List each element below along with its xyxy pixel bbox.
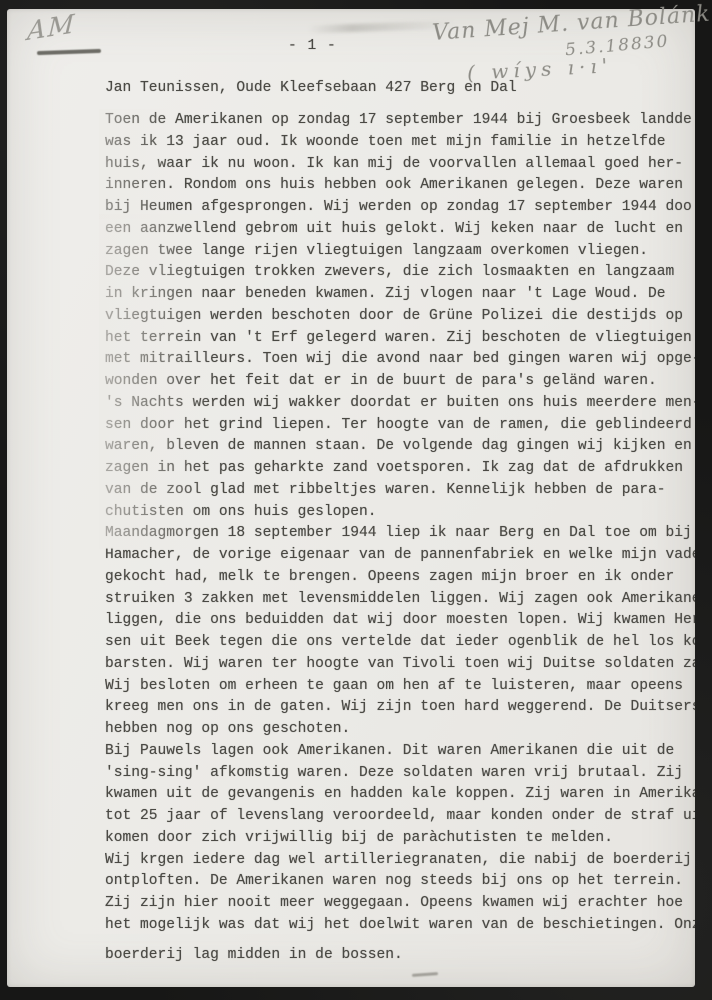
text-line: vliegtuigen werden beschoten door de Grü… xyxy=(105,306,695,328)
text-line: kreeg men ons in de gaten. Wij zijn toen… xyxy=(105,697,695,719)
text-line: het terrein van 't Erf gelegerd waren. Z… xyxy=(105,328,695,350)
text-line: een aanzwellend gebrom uit huis gelokt. … xyxy=(105,219,695,241)
text-line: Maandagmorgen 18 september 1944 liep ik … xyxy=(105,523,695,545)
text-line: wonden over het feit dat er in de buurt … xyxy=(105,371,695,393)
text-line: met mitrailleurs. Toen wij die avond naa… xyxy=(105,349,695,371)
text-line: barsten. Wij waren ter hoogte van Tivoli… xyxy=(105,654,695,676)
text-line: Toen de Amerikanen op zondag 17 septembe… xyxy=(105,110,695,132)
text-line: hebben nog op ons geschoten. xyxy=(105,719,695,741)
text-line: huis, waar ik nu woon. Ik kan mij de voo… xyxy=(105,154,695,176)
text-line: was ik 13 jaar oud. Ik woonde toen met m… xyxy=(105,132,695,154)
text-line: struiken 3 zakken met levensmiddelen lig… xyxy=(105,589,695,611)
body-text: Toen de Amerikanen op zondag 17 septembe… xyxy=(105,110,695,987)
text-line: Wij krgen iedere dag wel artilleriegrana… xyxy=(105,850,695,872)
text-line: Deze vliegtuigen trokken zwevers, die zi… xyxy=(105,262,695,284)
text-line: ontploften. De Amerikanen waren nog stee… xyxy=(105,871,695,893)
text-line: tot 25 jaar of levenslang veroordeeld, m… xyxy=(105,806,695,828)
text-line: 'sing-sing' afkomstig waren. Deze soldat… xyxy=(105,763,695,785)
text-line: waren, bleven de mannen staan. De volgen… xyxy=(105,436,695,458)
text-line: sen door het grind liepen. Ter hoogte va… xyxy=(105,415,695,437)
text-line: chutisten om ons huis geslopen. xyxy=(105,502,695,524)
text-line: sen uit Beek tegen die ons vertelde dat … xyxy=(105,632,695,654)
text-line: 's Nachts werden wij wakker doordat er b… xyxy=(105,393,695,415)
pencil-underline-mark xyxy=(37,49,101,55)
text-line: zagen twee lange rijen vliegtuigen langz… xyxy=(105,241,695,263)
text-line: boerderij lag midden in de bossen. xyxy=(105,945,695,967)
page-number: - 1 - xyxy=(288,38,337,54)
address-line: Jan Teunissen, Oude Kleefsebaan 427 Berg… xyxy=(105,80,517,96)
text-line: inneren. Rondom ons huis hebben ook Amer… xyxy=(105,175,695,197)
pencil-monogram: AM xyxy=(27,9,77,47)
text-line: bij Heumen afgesprongen. Wij werden op z… xyxy=(105,197,695,219)
text-line: Bij Pauwels lagen ook Amerikanen. Dit wa… xyxy=(105,741,695,763)
text-line: kwamen uit de gevangenis en hadden kale … xyxy=(105,784,695,806)
text-line: liggen, die ons beduidden dat wij door m… xyxy=(105,610,695,632)
text-line: Hamacher, de vorige eigenaar van de pann… xyxy=(105,545,695,567)
text-line: komen door zich vrijwillig bij de paràch… xyxy=(105,828,695,850)
text-line: Zij zijn hier nooit meer weggegaan. Opee… xyxy=(105,893,695,915)
text-line: in kringen naar beneden kwamen. Zij vlog… xyxy=(105,284,695,306)
document-page: AM Van Mej M. van Bolánk. 5.3.18830 ( wí… xyxy=(7,9,695,987)
text-line: gekocht had, melk te brengen. Opeens zag… xyxy=(105,567,695,589)
text-line: zagen in het pas geharkte zand voetspore… xyxy=(105,458,695,480)
scanned-photo: AM Van Mej M. van Bolánk. 5.3.18830 ( wí… xyxy=(0,0,712,1000)
text-line: van de zool glad met ribbeltjes waren. K… xyxy=(105,480,695,502)
text-line: Wij besloten om erheen te gaan om hen af… xyxy=(105,676,695,698)
text-line: het mogelijk was dat wij het doelwit war… xyxy=(105,915,695,937)
